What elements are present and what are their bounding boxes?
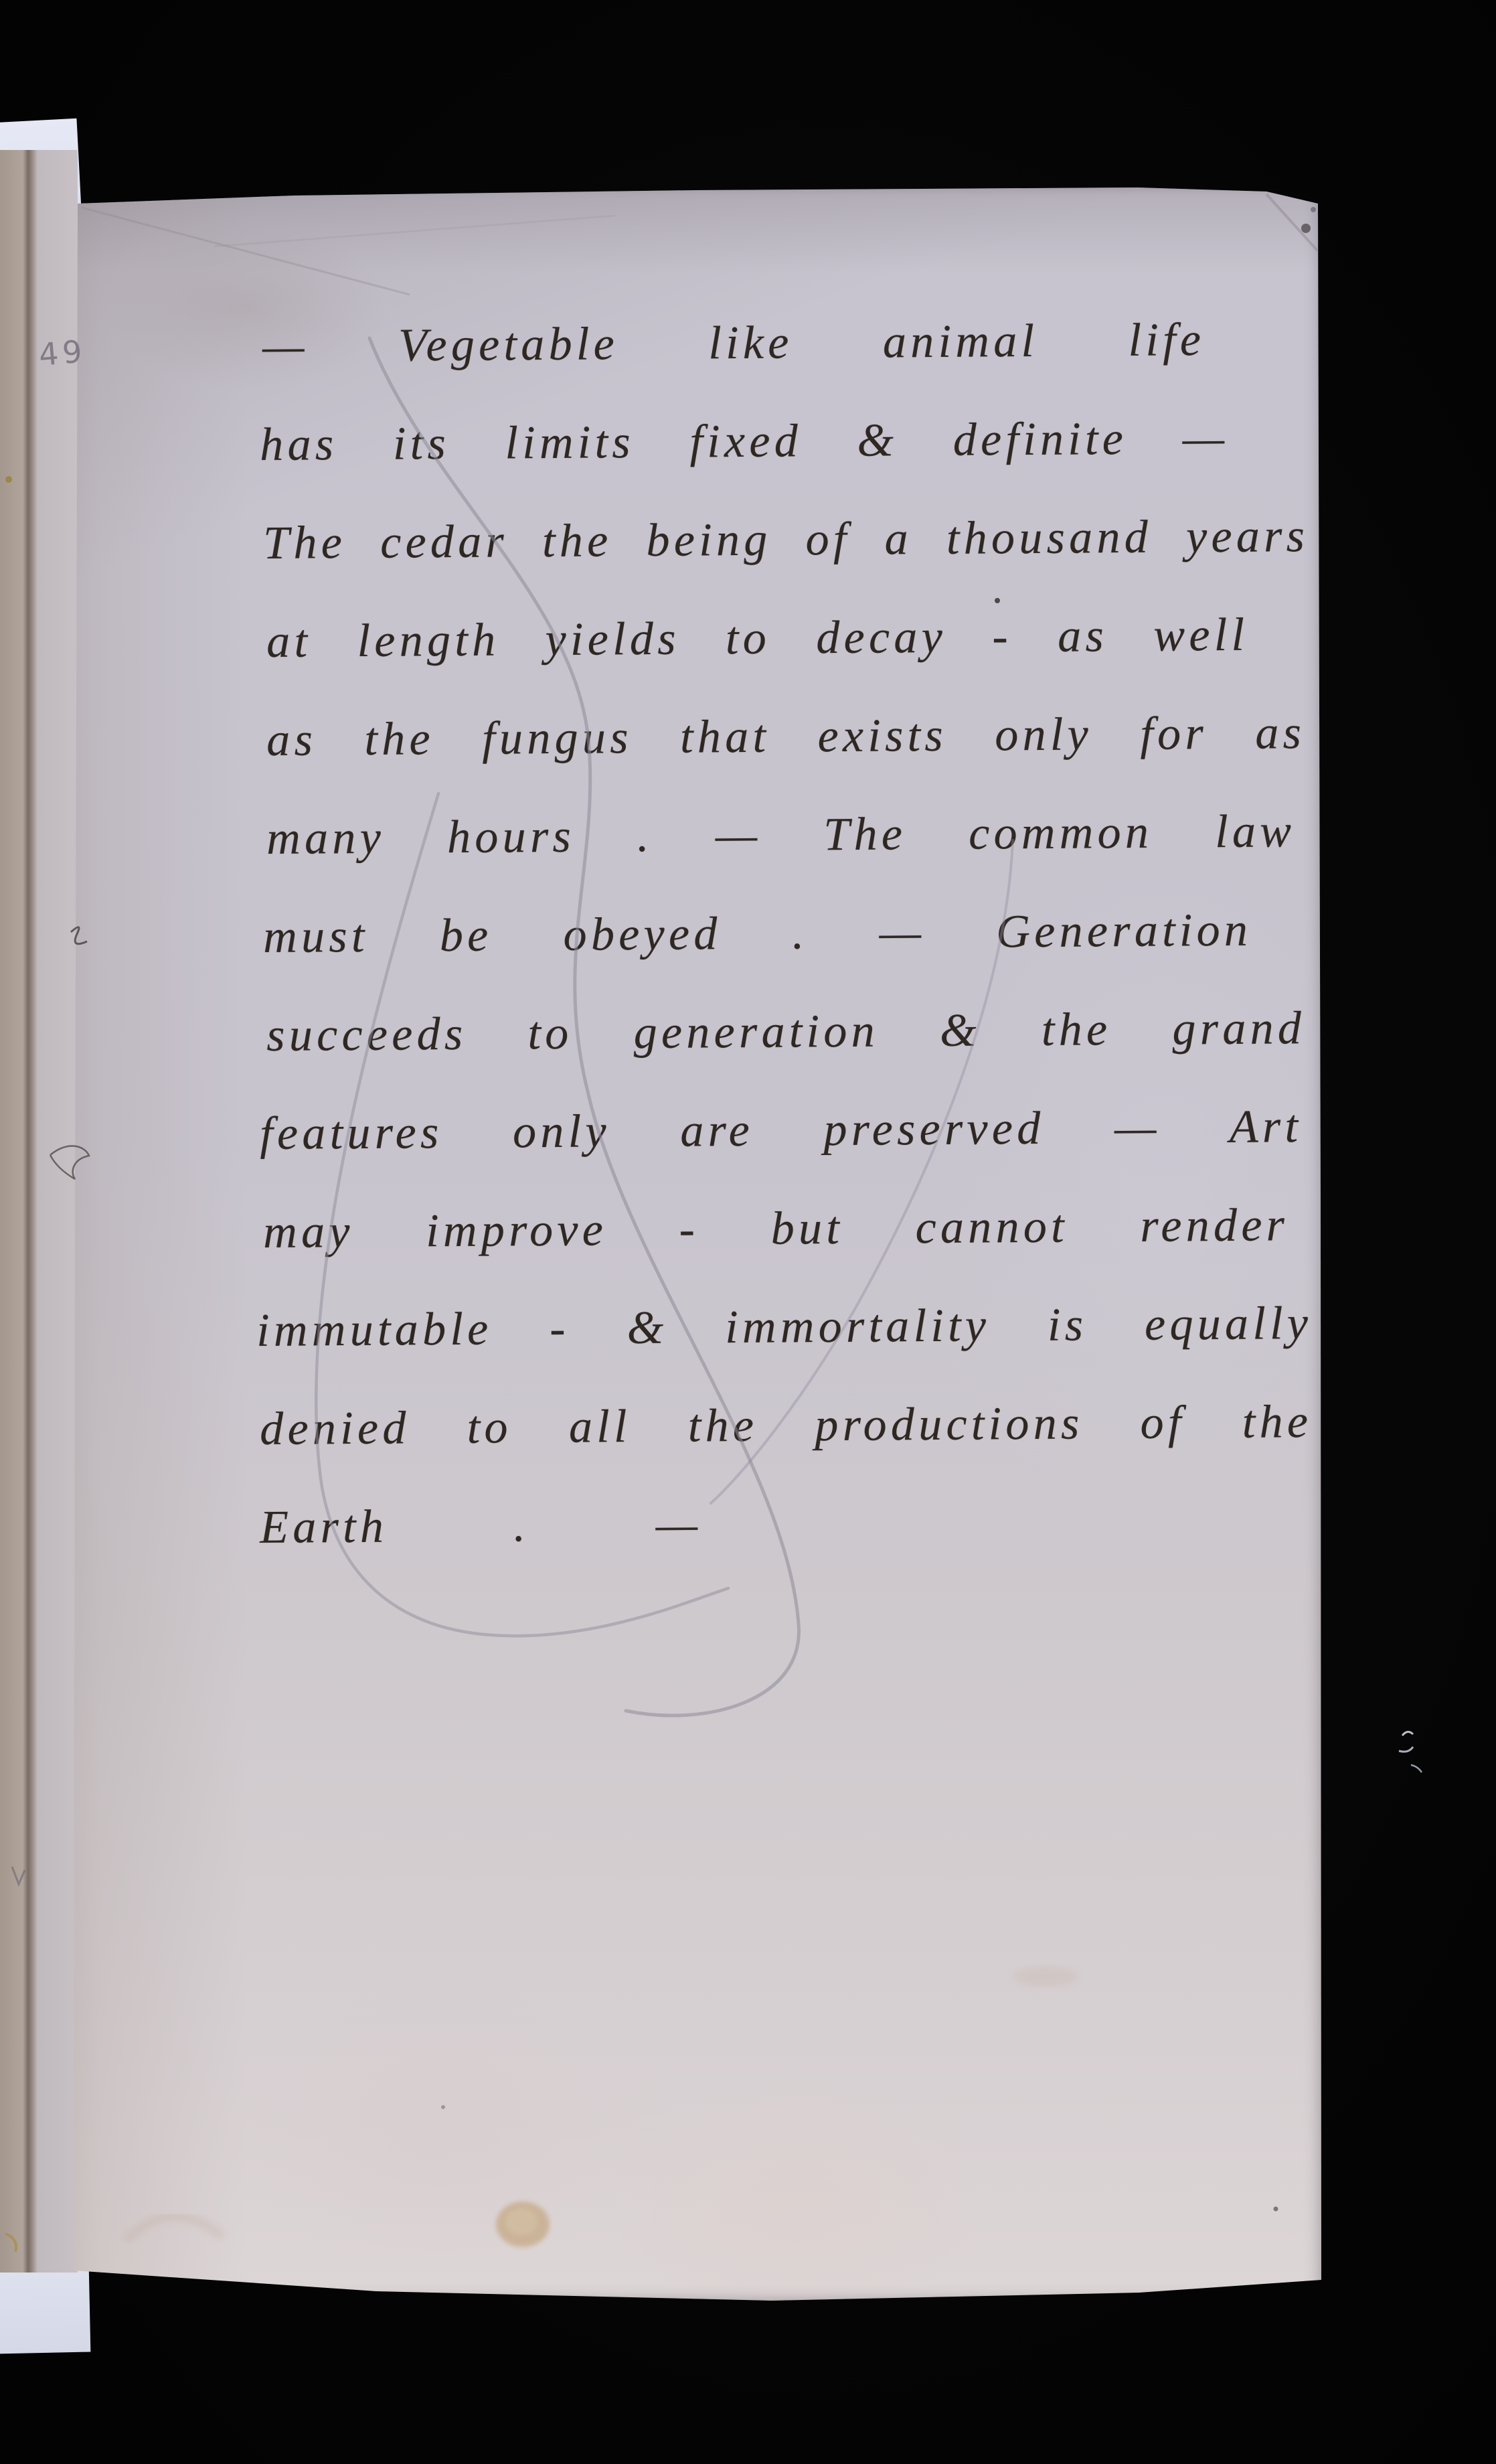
manuscript-line: many hours . — The common law (266, 808, 1295, 862)
manuscript-line: succeeds to generation & the grand (266, 1005, 1305, 1059)
manuscript-line: — Vegetable like animal life (262, 317, 1205, 370)
manuscript-line: as the fungus that exists only for as (266, 710, 1305, 764)
underlying-page-tab-bottom (0, 2264, 90, 2354)
dust-fiber (1411, 1765, 1422, 1772)
manuscript-line: The cedar the being of a thousand years (263, 513, 1309, 567)
manuscript-line: Earth . — (260, 1501, 701, 1551)
binding-edge-sliver (0, 150, 78, 2273)
manuscript-line: immutable - & immortality is equally (256, 1300, 1312, 1355)
dust-fiber (1402, 1731, 1413, 1736)
manuscript-line: must be obeyed . — Generation (263, 907, 1252, 961)
manuscript-line: denied to all the productions of the (260, 1399, 1312, 1453)
dust-fiber (1399, 1747, 1413, 1752)
manuscript-scan: 49 — Vegetable like animal life has its … (0, 0, 1496, 2464)
manuscript-line: at length yields to decay - as well (266, 612, 1248, 666)
manuscript-line: may improve - but cannot render (263, 1202, 1289, 1256)
manuscript-line: features only are preserved — Art (260, 1103, 1302, 1158)
folio-number: 49 (37, 333, 88, 373)
manuscript-line: has its limits fixed & definite — (260, 415, 1228, 469)
